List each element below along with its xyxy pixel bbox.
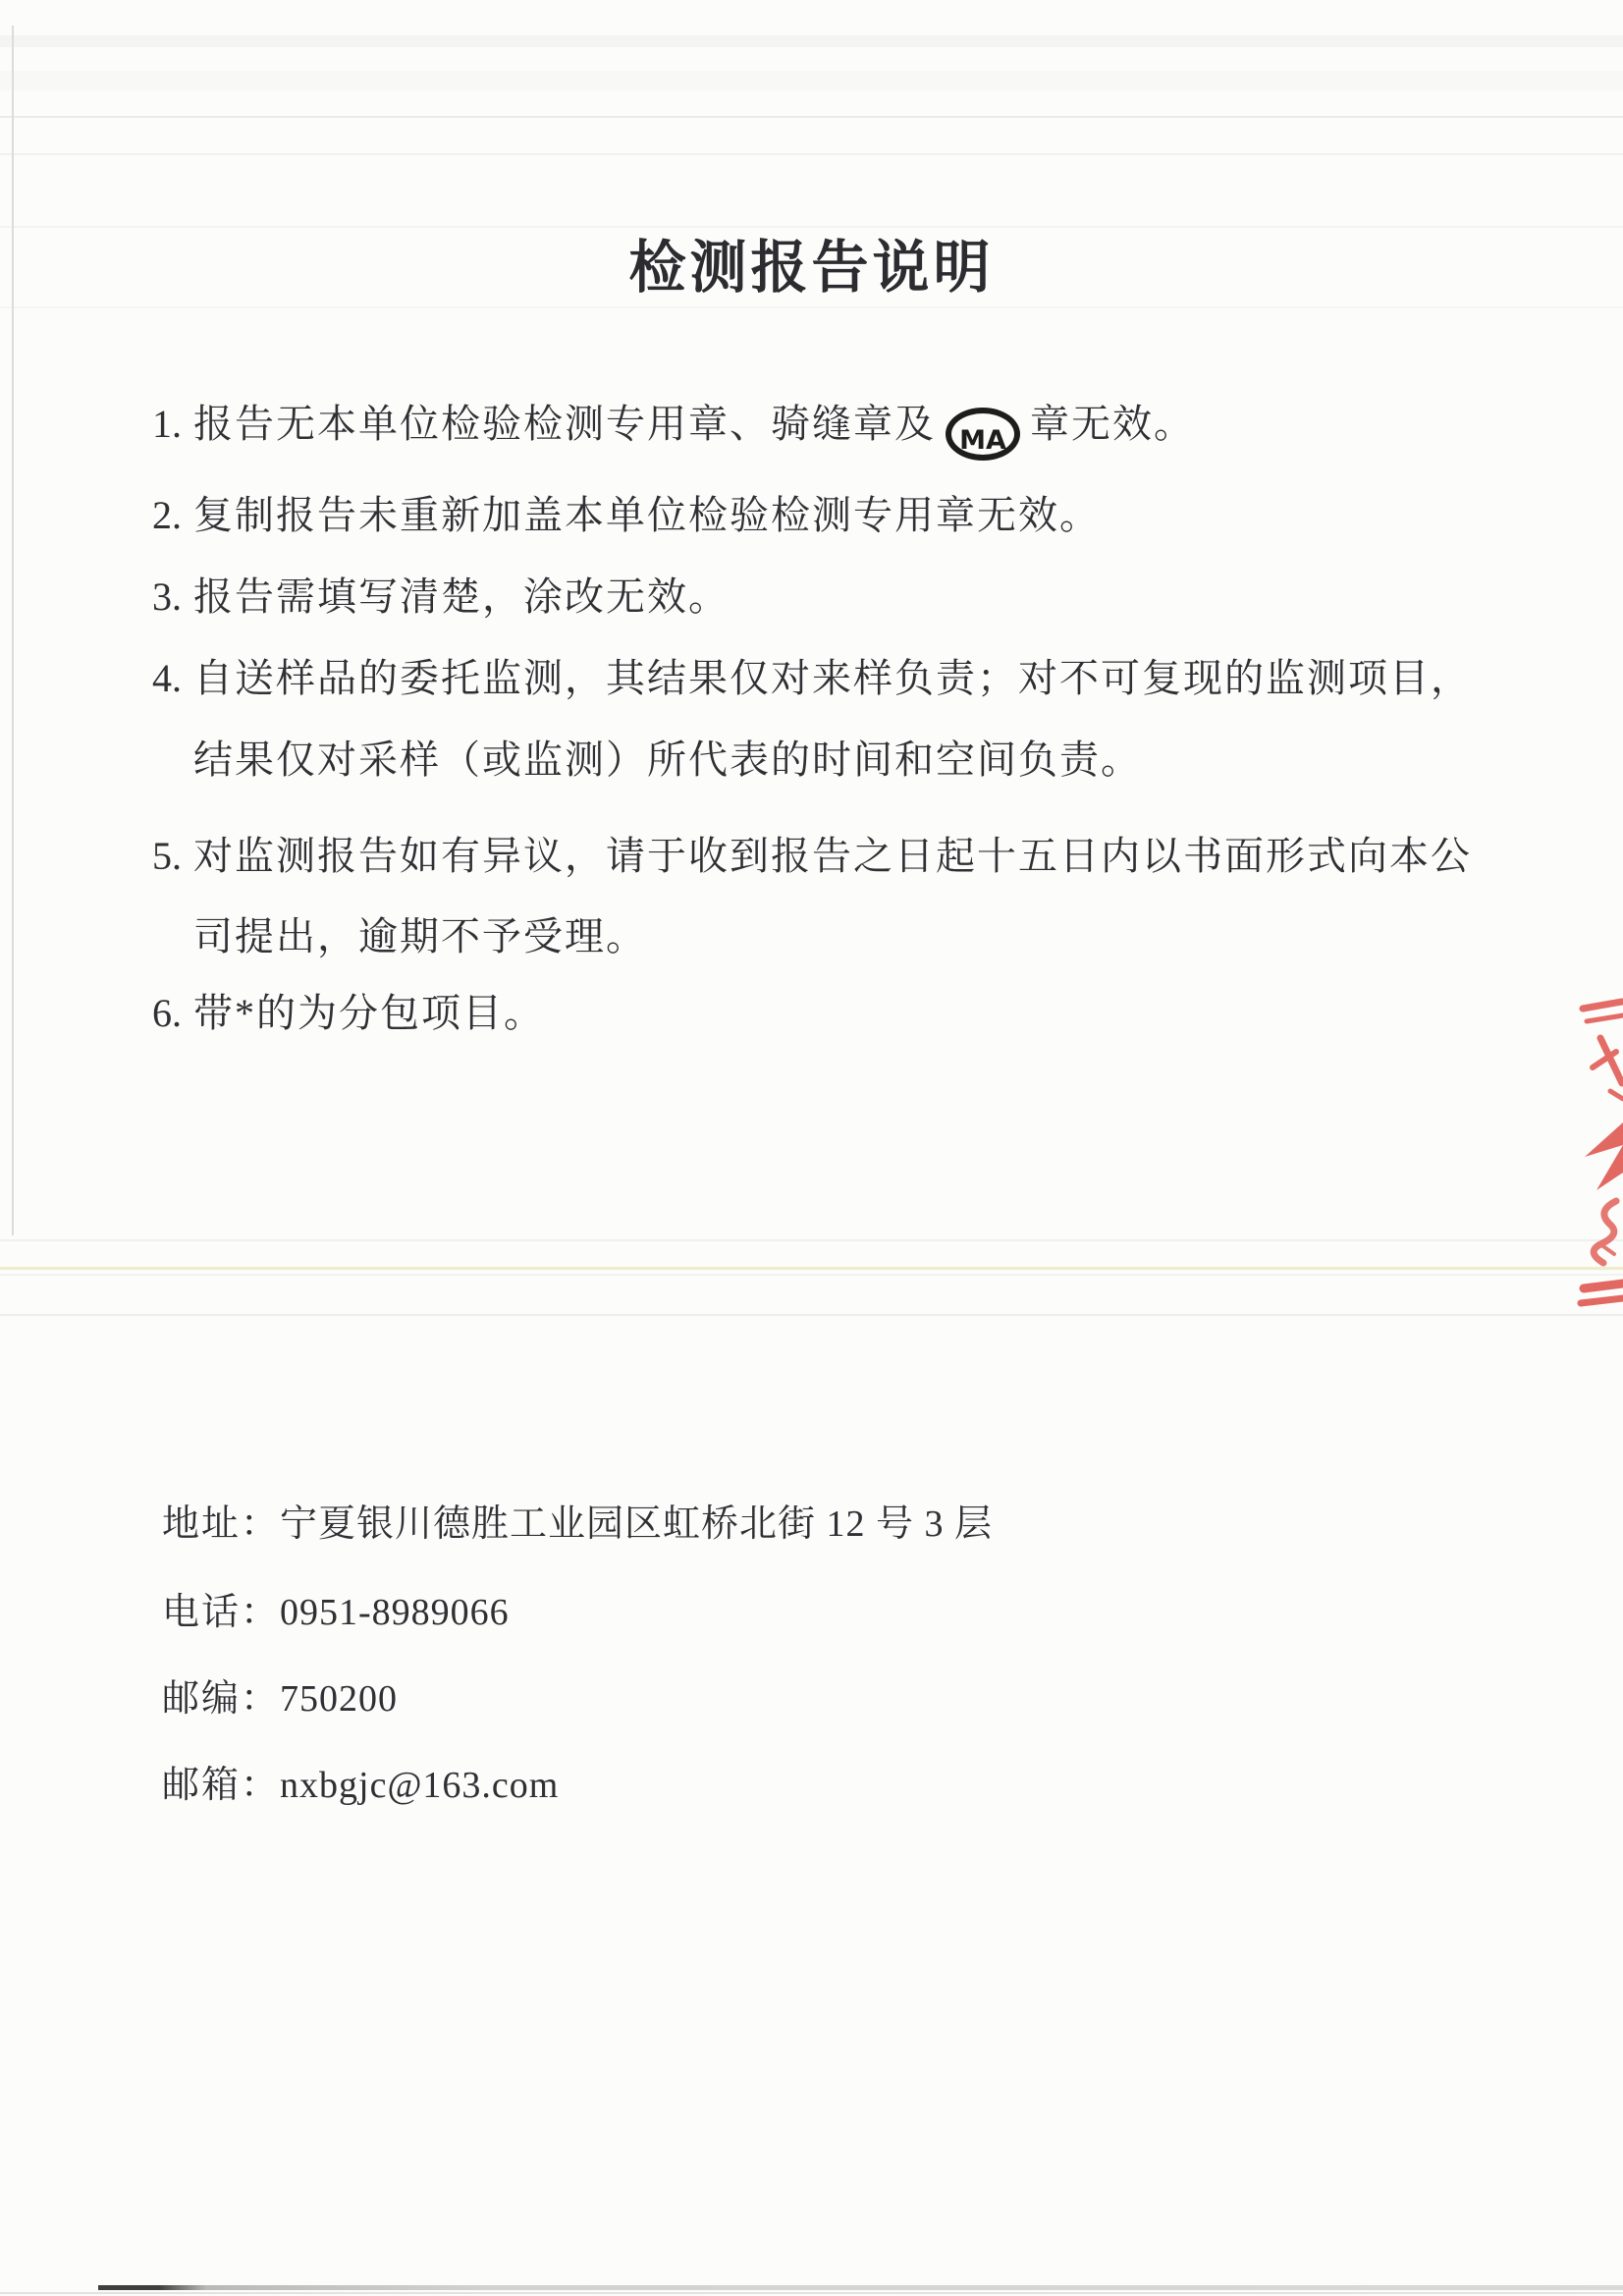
address-value: 宁夏银川德胜工业园区虹桥北街 12 号 3 层 [280, 1503, 993, 1545]
scan-artifact-line [0, 153, 1623, 155]
scan-paper-edge-line [12, 26, 14, 1235]
note-item-6: 6.带*的为分包项目。 [152, 982, 545, 1038]
note-6-number: 6. [152, 990, 193, 1036]
contact-phone-row: 电话：0951-8989066 [162, 1581, 510, 1635]
contact-email-row: 邮箱：nxbgjc@163.com [162, 1754, 559, 1808]
phone-label: 电话： [162, 1592, 280, 1633]
note-2-number: 2. [152, 492, 193, 538]
contact-postal-row: 邮编：750200 [162, 1667, 398, 1722]
phone-value: 0951-8989066 [280, 1592, 510, 1633]
note-4-text-line-1: 自送样品的委托监测，其结果仅对来样负责；对不可复现的监测项目， [193, 656, 1472, 700]
note-4-text-line-2: 结果仅对采样（或监测）所代表的时间和空间负责。 [193, 729, 1142, 785]
scan-artifact-yellow-line [0, 1267, 1623, 1270]
scan-artifact-line [0, 116, 1623, 118]
note-3-text: 报告需填写清楚，涂改无效。 [193, 574, 730, 619]
scan-bottom-smudge [98, 2285, 1623, 2290]
postal-value: 750200 [280, 1678, 398, 1720]
scanned-document-page: 检测报告说明 1.报告无本单位检验检测专用章、骑缝章及MA章无效。 2.复制报告… [0, 0, 1623, 2296]
note-6-text: 带*的为分包项目。 [193, 991, 545, 1035]
cma-mark-label: MA [959, 420, 1006, 462]
note-5-text-line-2: 司提出，逾期不予受理。 [193, 905, 647, 961]
note-item-2: 2.复制报告未重新加盖本单位检验检测专用章无效。 [152, 484, 1101, 540]
scan-artifact-line [0, 1314, 1623, 1316]
scan-artifact-band [0, 71, 1623, 90]
email-value: nxbgjc@163.com [280, 1765, 559, 1806]
postal-label: 邮编： [162, 1678, 280, 1720]
scan-artifact-band [0, 35, 1623, 47]
scan-artifact-line [0, 1274, 1623, 1276]
address-label: 地址： [162, 1503, 280, 1545]
contact-address-row: 地址：宁夏银川德胜工业园区虹桥北街 12 号 3 层 [162, 1493, 993, 1547]
note-item-3: 3.报告需填写清楚，涂改无效。 [152, 566, 730, 622]
note-1-text-before-logo: 报告无本单位检验检测专用章、骑缝章及 [193, 402, 936, 446]
cma-mark-icon: MA [946, 408, 1020, 461]
note-item-1: 1.报告无本单位检验检测专用章、骑缝章及MA章无效。 [152, 393, 1195, 461]
scan-bottom-edge-line [0, 2292, 1623, 2294]
note-5-number: 5. [152, 833, 193, 879]
email-label: 邮箱： [162, 1765, 280, 1806]
note-4-number: 4. [152, 655, 193, 701]
note-item-4: 4.自送样品的委托监测，其结果仅对来样负责；对不可复现的监测项目， [152, 647, 1472, 703]
note-5-text-line-1: 对监测报告如有异议，请于收到报告之日起十五日内以书面形式向本公 [193, 834, 1472, 878]
note-item-5: 5.对监测报告如有异议，请于收到报告之日起十五日内以书面形式向本公 [152, 825, 1472, 881]
red-seal-fragment-icon [1571, 997, 1623, 1321]
note-2-text: 复制报告未重新加盖本单位检验检测专用章无效。 [193, 493, 1101, 537]
note-1-text-after-logo: 章无效。 [1030, 402, 1195, 446]
scan-artifact-line [0, 306, 1623, 308]
note-3-number: 3. [152, 574, 193, 620]
page-title: 检测报告说明 [0, 221, 1623, 303]
scan-artifact-line [0, 1239, 1623, 1241]
note-1-number: 1. [152, 401, 193, 447]
